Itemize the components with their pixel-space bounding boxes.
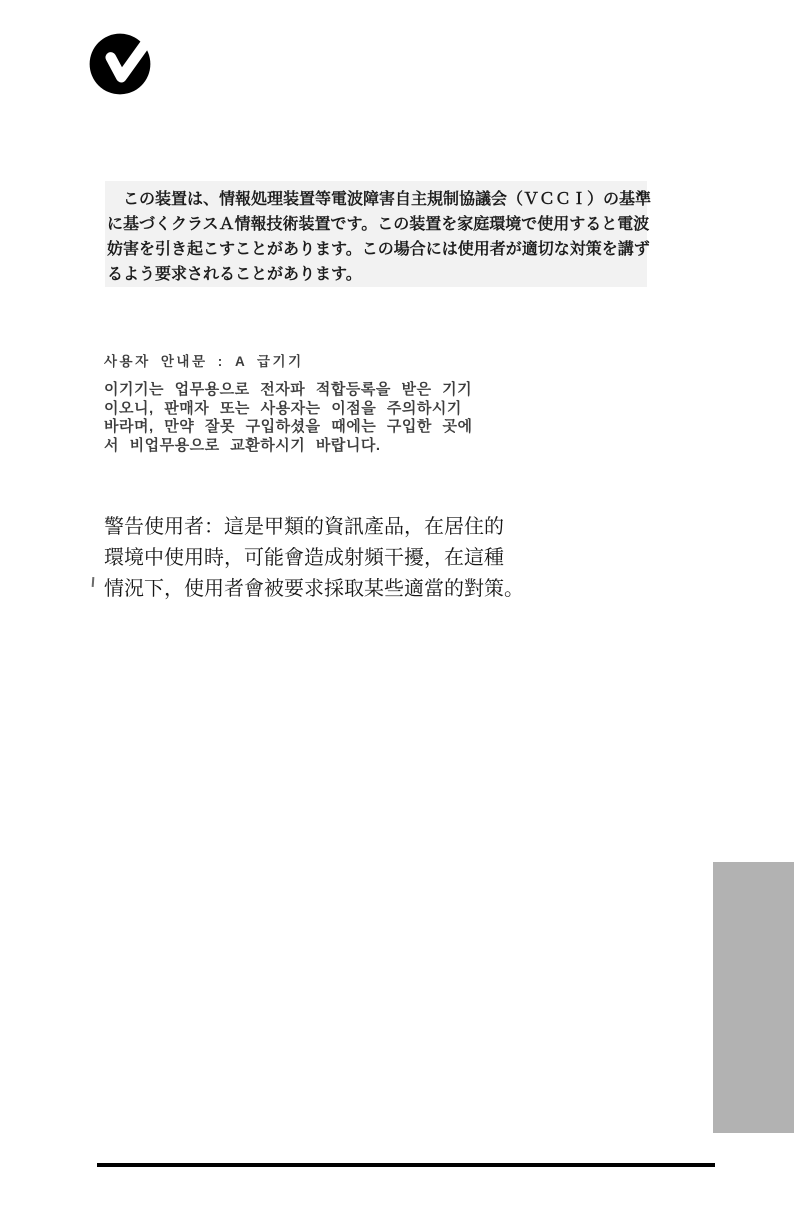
japanese-notice-line: 妨害を引き起こすことがあります。この場合には使用者が適切な対策を講ず bbox=[107, 237, 645, 262]
korean-notice-line: 바라며, 만약 잘못 구입하셨을 때에는 구입한 곳에 bbox=[104, 418, 554, 437]
korean-notice-body: 이기기는 업무용으로 전자파 적합등록을 받은 기기 이오니, 판매자 또는 사… bbox=[104, 381, 554, 455]
korean-notice-line: 서 비업무용으로 교환하시기 바랍니다. bbox=[104, 437, 554, 456]
footer-rule bbox=[97, 1163, 715, 1167]
chinese-notice-line: 警告使用者：這是甲類的資訊產品，在居住的 bbox=[104, 512, 564, 543]
chinese-notice-line: 環境中使用時，可能會造成射頻干擾，在這種 bbox=[104, 543, 564, 574]
page-edge-tab bbox=[713, 862, 794, 1133]
korean-notice-line: 이오니, 판매자 또는 사용자는 이점을 주의하시기 bbox=[104, 400, 554, 419]
korean-notice-heading: 사용자 안내문 : A 급기기 bbox=[104, 350, 304, 370]
japanese-notice-line: るよう要求されることがあります。 bbox=[107, 262, 645, 287]
vcci-japanese-notice: この装置は、情報処理装置等電波障害自主規制協議会（ＶＣＣＩ）の基準 に基づくクラ… bbox=[105, 181, 647, 287]
korean-notice-line: 이기기는 업무용으로 전자파 적합등록을 받은 기기 bbox=[104, 381, 554, 400]
document-page: この装置は、情報処理装置等電波障害自主規制協議会（ＶＣＣＩ）の基準 に基づくクラ… bbox=[0, 0, 796, 1230]
c-tick-icon bbox=[87, 31, 153, 97]
c-tick-logo-icon bbox=[87, 31, 153, 97]
japanese-notice-line: に基づくクラスＡ情報技術装置です。この装置を家庭環境で使用すると電波 bbox=[107, 212, 645, 237]
chinese-notice: 警告使用者：這是甲類的資訊產品，在居住的 環境中使用時，可能會造成射頻干擾，在這… bbox=[104, 512, 564, 605]
chinese-notice-line: 情況下，使用者會被要求採取某些適當的對策。 bbox=[104, 574, 564, 605]
japanese-notice-line: この装置は、情報処理装置等電波障害自主規制協議会（ＶＣＣＩ）の基準 bbox=[107, 187, 645, 212]
scan-artifact-mark bbox=[92, 577, 95, 587]
